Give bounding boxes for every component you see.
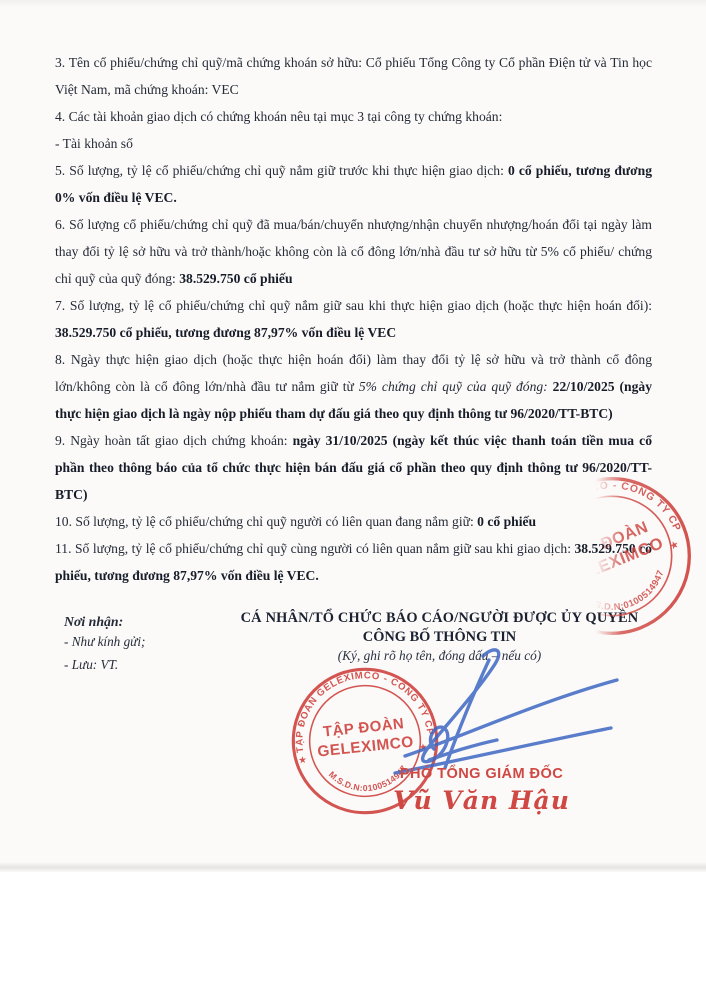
sign-off-block: PHÓ TỔNG GIÁM ĐỐC Vũ Văn Hậu (269, 764, 694, 816)
scan-top-edge-artifact (0, 0, 706, 7)
document-paragraph: 4. Các tài khoản giao dịch có chứng khoá… (55, 103, 652, 130)
document-paragraph: 6. Số lượng cổ phiếu/chứng chỉ quỹ đã mu… (55, 211, 652, 292)
recipients-line: - Như kính gửi; (64, 631, 227, 652)
document-paragraph: - Tài khoản số (55, 130, 652, 157)
text-run: 4. Các tài khoản giao dịch có chứng khoá… (55, 109, 502, 124)
signer-block: CÁ NHÂN/TỔ CHỨC BÁO CÁO/NGƯỜI ĐƯỢC ỦY QU… (227, 608, 652, 816)
document-paragraph: 8. Ngày thực hiện giao dịch (hoặc thực h… (55, 346, 652, 427)
text-run: 38.529.750 cổ phiếu (179, 271, 292, 286)
document-paragraph: 3. Tên cổ phiếu/chứng chỉ quỹ/mã chứng k… (55, 49, 652, 103)
text-run: 0 cổ phiếu (477, 514, 536, 529)
text-run: 38.529.750 cổ phiếu, tương đương 87,97% … (55, 325, 396, 340)
signer-role: PHÓ TỔNG GIÁM ĐỐC (269, 764, 694, 784)
scan-bottom-edge-artifact (0, 862, 706, 872)
text-run: 5. Số lượng, tỷ lệ cổ phiếu/chứng chỉ qu… (55, 163, 508, 178)
text-run: 7. Số lượng, tỷ lệ cổ phiếu/chứng chỉ qu… (55, 298, 652, 313)
text-run: 11. Số lượng, tỷ lệ cổ phiếu/chứng chỉ q… (55, 541, 574, 556)
scanned-document: { "page": { "background": "#fbfaf9" }, "… (0, 0, 706, 1000)
text-run: 6. Số lượng cổ phiếu/chứng chỉ quỹ đã mu… (55, 217, 652, 286)
signer-name: Vũ Văn Hậu (269, 786, 694, 816)
document-paragraph: 7. Số lượng, tỷ lệ cổ phiếu/chứng chỉ qu… (55, 292, 652, 346)
recipients-title: Nơi nhận: (64, 612, 227, 631)
svg-text:★: ★ (668, 539, 681, 553)
text-run: 3. Tên cổ phiếu/chứng chỉ quỹ/mã chứng k… (55, 55, 652, 97)
text-run: 9. Ngày hoàn tất giao dịch chứng khoán: (55, 433, 293, 448)
recipients-block: Nơi nhận: - Như kính gửi; - Lưu: VT. (55, 608, 227, 816)
signature-section: Nơi nhận: - Như kính gửi; - Lưu: VT. CÁ … (55, 608, 652, 816)
recipients-line: - Lưu: VT. (64, 654, 227, 675)
text-run: 5% chứng chỉ quỹ của quỹ đóng: (359, 379, 553, 394)
document-paragraph: 5. Số lượng, tỷ lệ cổ phiếu/chứng chỉ qu… (55, 157, 652, 211)
text-run: 10. Số lượng, tỷ lệ cổ phiếu/chứng chỉ q… (55, 514, 477, 529)
text-run: - Tài khoản số (55, 136, 133, 151)
geleximco-round-stamp-partial-icon: TẬP ĐOÀN GELEXIMCO - CÔNG TY CP M.S.D.N:… (529, 473, 695, 639)
